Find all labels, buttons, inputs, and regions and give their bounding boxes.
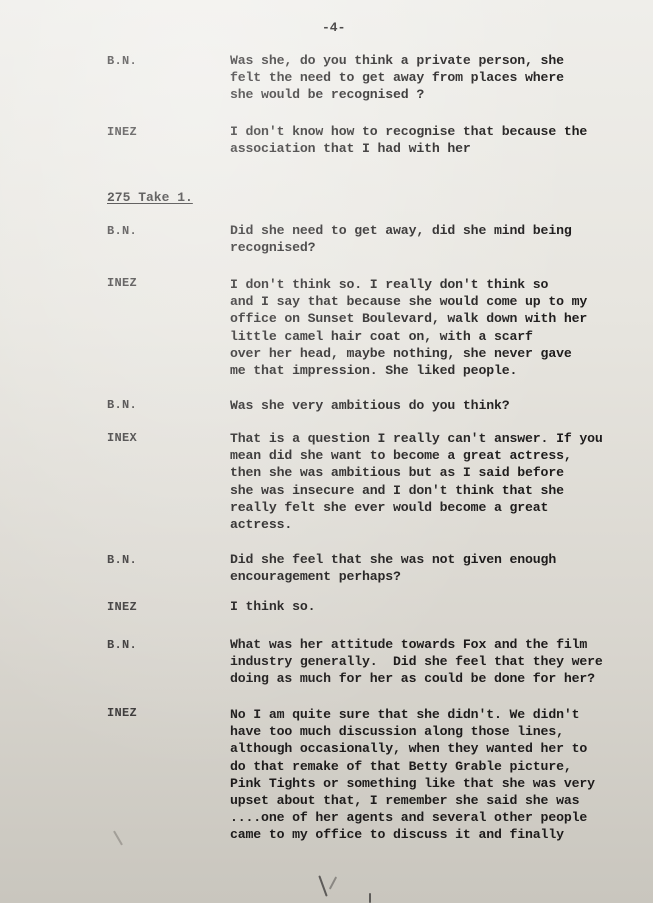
utterance-text: What was her attitude towards Fox and th… — [230, 636, 650, 688]
utterance-text: I don't know how to recognise that becau… — [230, 123, 650, 157]
speaker-label: INEZ — [107, 125, 137, 139]
utterance-text: Was she, do you think a private person, … — [230, 52, 650, 104]
page-number: -4- — [322, 20, 345, 35]
speaker-label: B.N. — [107, 553, 137, 567]
pencil-mark — [318, 875, 327, 896]
speaker-label: B.N. — [107, 638, 137, 652]
speaker-label: B.N. — [107, 224, 137, 238]
utterance-text: That is a question I really can't answer… — [230, 430, 650, 533]
paper-smudge — [113, 831, 123, 846]
take-heading: 275 Take 1. — [107, 190, 193, 205]
utterance-text: Was she very ambitious do you think? — [230, 397, 650, 414]
speaker-label: INEZ — [107, 706, 137, 720]
pencil-mark — [329, 876, 337, 889]
utterance-text: No I am quite sure that she didn't. We d… — [230, 706, 650, 844]
speaker-label: INEX — [107, 431, 137, 445]
speaker-label: INEZ — [107, 276, 137, 290]
pencil-mark — [369, 893, 371, 903]
utterance-text: I think so. — [230, 598, 650, 615]
utterance-text: Did she need to get away, did she mind b… — [230, 222, 650, 256]
speaker-label: B.N. — [107, 54, 137, 68]
typewritten-transcript-page: -4- B.N. Was she, do you think a private… — [0, 0, 653, 903]
utterance-text: Did she feel that she was not given enou… — [230, 551, 650, 585]
utterance-text: I don't think so. I really don't think s… — [230, 276, 650, 379]
speaker-label: INEZ — [107, 600, 137, 614]
speaker-label: B.N. — [107, 398, 137, 412]
